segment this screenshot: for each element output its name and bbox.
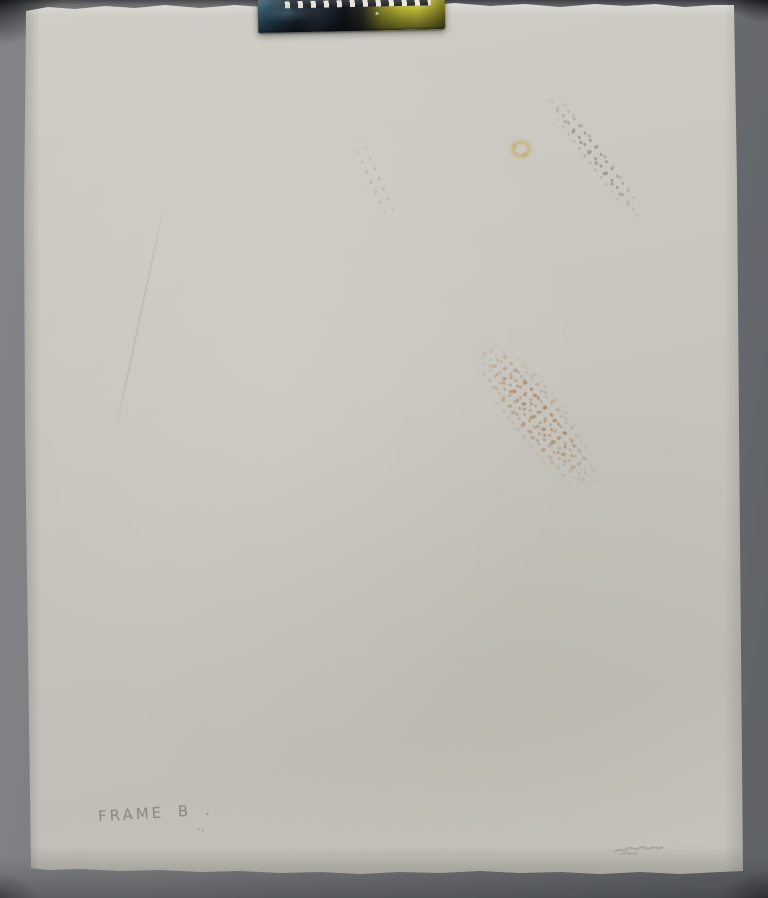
corner-pencil-scribble (612, 840, 667, 858)
hanging-clip (258, 0, 446, 33)
clip-metal-sheen (258, 0, 446, 33)
paper-sheet: FRAME B . ‥ (0, 0, 768, 898)
yellow-stain-spot (504, 134, 538, 164)
photo-scene: FRAME B . ‥ (0, 0, 768, 898)
paper-edge-shading (0, 0, 768, 898)
